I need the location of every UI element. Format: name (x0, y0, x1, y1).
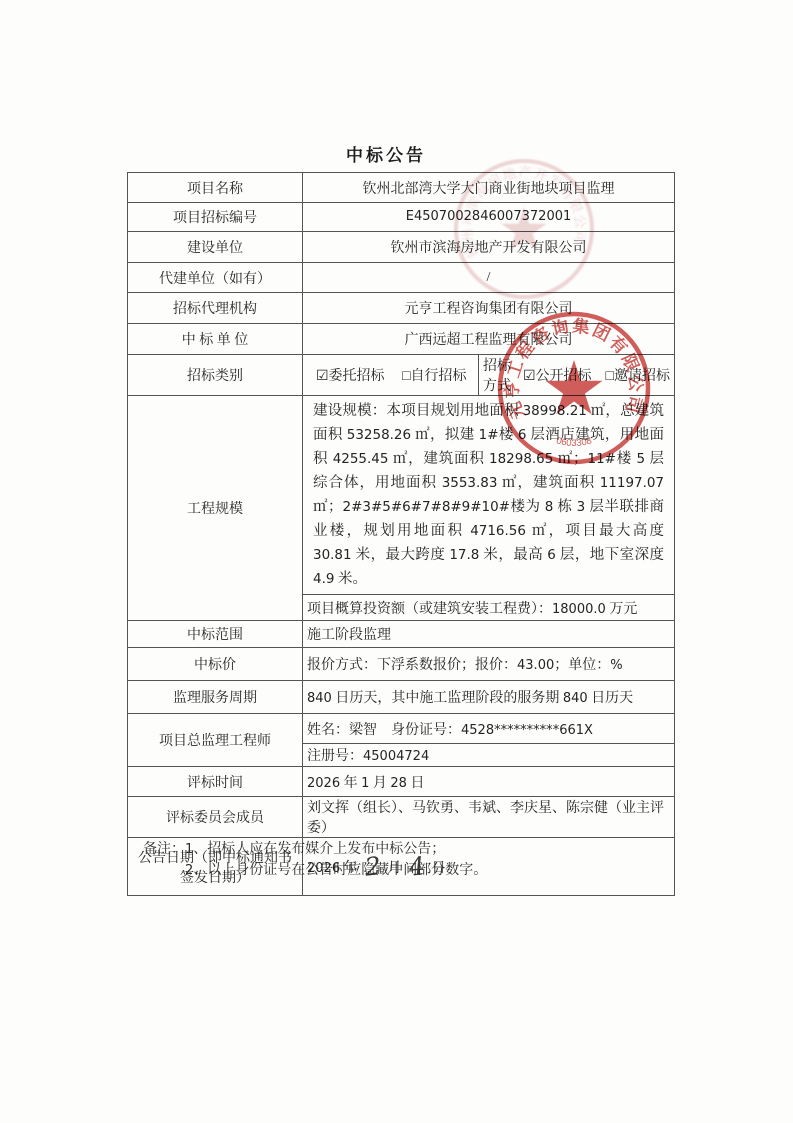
tender-number-label: 项目招标编号 (128, 203, 303, 232)
owner-value: 钦州市滨海房地产开发有限公司 (303, 232, 675, 263)
table-row: 项目招标编号 E4507002846007372001 (128, 203, 675, 232)
scope-value: 施工阶段监理 (303, 621, 675, 648)
scale-text-cell: 建设规模：本项目规划用地面积 38998.21 ㎡，总建筑面积 53258.26… (303, 396, 675, 595)
chief-engineer-label: 项目总监理工程师 (128, 714, 303, 767)
table-row: 中标范围 施工阶段监理 (128, 621, 675, 648)
table-row: 评标时间 2026 年 1 月 28 日 (128, 767, 675, 797)
price-label: 中标价 (128, 648, 303, 681)
checkbox-self-tender: □自行招标 (402, 369, 466, 384)
agency-value: 元亨工程咨询集团有限公司 (303, 293, 675, 324)
table-row: 代建单位（如有） / (128, 263, 675, 293)
investment-value: 项目概算投资额（或建筑安装工程费）：18000.0 万元 (303, 595, 675, 621)
price-value: 报价方式：下浮系数报价；报价：43.00；单位：% (303, 648, 675, 681)
category-label: 招标类别 (128, 355, 303, 396)
service-period-value: 840 日历天，其中施工监理阶段的服务期 840 日历天 (303, 681, 675, 714)
evaluation-date-label: 评标时间 (128, 767, 303, 797)
scanned-document-page: 中标公告 项目名称 钦州北部湾大学大门商业街地块项目监理 项目招标编号 E450… (0, 0, 793, 1123)
bid-announcement-table: 项目名称 钦州北部湾大学大门商业街地块项目监理 项目招标编号 E45070028… (127, 172, 675, 896)
service-period-label: 监理服务周期 (128, 681, 303, 714)
tender-method-label: 招标方式 (483, 355, 523, 395)
table-row: 建设单位 钦州市滨海房地产开发有限公司 (128, 232, 675, 263)
committee-label: 评标委员会成员 (128, 797, 303, 838)
agent-build-value: / (303, 263, 675, 293)
table-row: 工程规模 建设规模：本项目规划用地面积 38998.21 ㎡，总建筑面积 532… (128, 396, 675, 595)
table-row: 招标类别 ☑委托招标 □自行招标 招标方式☑公开招标 □邀请招标 (128, 355, 675, 396)
chief-engineer-registration: 注册号：45004724 (303, 744, 675, 767)
chief-engineer-identity: 姓名：梁智 身份证号：4528**********661X (303, 714, 675, 744)
scope-label: 中标范围 (128, 621, 303, 648)
winner-label: 中 标 单 位 (128, 324, 303, 355)
note-line-1: 备注：1、招标人应在发布媒介上发布中标公告； (143, 839, 487, 860)
winner-value: 广西远超工程监理有限公司 (303, 324, 675, 355)
tender-number-value: E4507002846007372001 (303, 203, 675, 232)
table-row: 中 标 单 位 广西远超工程监理有限公司 (128, 324, 675, 355)
checkbox-invited-tender: □邀请招标 (606, 365, 670, 385)
checkbox-entrust-tender: ☑委托招标 (316, 369, 385, 384)
table-row: 招标代理机构 元亨工程咨询集团有限公司 (128, 293, 675, 324)
agent-build-label: 代建单位（如有） (128, 263, 303, 293)
table-row: 项目名称 钦州北部湾大学大门商业街地块项目监理 (128, 173, 675, 203)
page-title: 中标公告 (0, 141, 772, 166)
table-row: 监理服务周期 840 日历天，其中施工监理阶段的服务期 840 日历天 (128, 681, 675, 714)
table-row: 项目总监理工程师 姓名：梁智 身份证号：4528**********661X (128, 714, 675, 744)
table-row: 评标委员会成员 刘文挥（组长）、马钦勇、韦斌、李庆星、陈宗健（业主评委） (128, 797, 675, 838)
agency-label: 招标代理机构 (128, 293, 303, 324)
evaluation-date-value: 2026 年 1 月 28 日 (303, 767, 675, 797)
table-row: 中标价 报价方式：下浮系数报价；报价：43.00；单位：% (128, 648, 675, 681)
project-name-label: 项目名称 (128, 173, 303, 203)
note-line-2: 2、以上身份证号在公告时应隐藏中间部分数字。 (185, 860, 487, 881)
scale-text: 建设规模：本项目规划用地面积 38998.21 ㎡，总建筑面积 53258.26… (307, 396, 670, 594)
scale-label: 工程规模 (128, 396, 303, 621)
footer-notes: 备注：1、招标人应在发布媒介上发布中标公告； 2、以上身份证号在公告时应隐藏中间… (143, 839, 487, 881)
project-name-value: 钦州北部湾大学大门商业街地块项目监理 (303, 173, 675, 203)
committee-value: 刘文挥（组长）、马钦勇、韦斌、李庆星、陈宗健（业主评委） (303, 797, 675, 838)
checkbox-open-tender: ☑公开招标 (523, 365, 592, 385)
owner-label: 建设单位 (128, 232, 303, 263)
category-value: ☑委托招标 □自行招标 招标方式☑公开招标 □邀请招标 (303, 355, 675, 396)
